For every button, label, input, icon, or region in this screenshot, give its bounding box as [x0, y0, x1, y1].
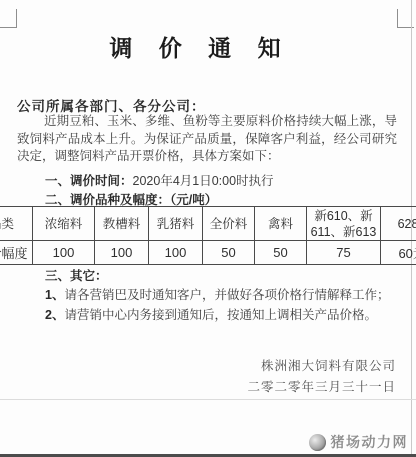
section-adjust-time-value: 2020年4月1日0:00时执行: [133, 174, 274, 188]
section-adjust-time: 一、调价时间：2020年4月1日0:00时执行: [45, 171, 274, 189]
price-table-header-cell: 新610、新611、新613: [307, 207, 381, 241]
price-table-header-cell: 教槽料: [95, 207, 149, 241]
site-logo-icon: [309, 434, 326, 451]
section-other-label: 三、其它：: [45, 266, 108, 284]
section-adjust-range-label: 二、调价品种及幅度：: [45, 193, 170, 207]
price-table-cell: 100: [95, 241, 149, 265]
signature-company: 株洲湘大饲料有限公司: [176, 356, 396, 377]
price-table-header-cell: 乳猪料: [149, 207, 203, 241]
signature-date: 二零二零年三月三十一日: [176, 377, 396, 398]
price-table-adjustment-row: 调价幅度 100 100 100 50 50 75 60元/套: [0, 241, 416, 265]
crop-mark-top-left-horizontal: [0, 27, 17, 28]
crop-mark-top-left-vertical: [16, 9, 17, 28]
intro-paragraph: 近期豆粕、玉米、多维、鱼粉等主要原料价格持续大幅上涨，导致饲料产品成本上升。为保…: [17, 113, 397, 166]
crop-mark-top-right-vertical: [397, 9, 398, 28]
price-table-cell: 50: [255, 241, 307, 265]
price-table-cell: 100: [33, 241, 95, 265]
price-table-cell: 调价幅度: [0, 241, 33, 265]
salutation-line: 公司所属各部门、各分公司：: [17, 95, 206, 115]
note-text: 请营销中心内务接到通知后，按通知上调相关产品价格。: [64, 308, 377, 322]
price-table-cell: 50: [203, 241, 255, 265]
note-item: 1、请各营销巴及时通知客户，并做好各项价格行情解释工作；: [45, 285, 389, 303]
signature-block: 株洲湘大饲料有限公司 二零二零年三月三十一日: [176, 356, 396, 397]
notice-title: 调 价 通 知: [0, 30, 400, 63]
note-text: 请各营销巴及时通知客户，并做好各项价格行情解释工作；: [64, 288, 389, 302]
price-table-cell: 60元/套: [381, 241, 416, 265]
site-watermark-text: 猪场动力网: [331, 432, 409, 452]
section-adjust-time-label: 一、调价时间：: [45, 174, 133, 188]
price-table-header-cell: 浓缩料: [33, 207, 95, 241]
page-bottom-edge-line: [0, 399, 416, 400]
section-adjust-range-unit: （元/吨）: [170, 193, 217, 207]
note-item: 2、请营销中心内务接到通知后，按通知上调相关产品价格。: [45, 305, 377, 323]
price-table-cell: 75: [307, 241, 381, 265]
price-table-cell: 100: [149, 241, 203, 265]
price-table-header-cell: 全价料: [203, 207, 255, 241]
price-notice-document: 调 价 通 知 公司所属各部门、各分公司： 近期豆粕、玉米、多维、鱼粉等主要原料…: [0, 0, 416, 457]
note-number: 1、: [45, 288, 64, 302]
price-table-header-cell: 628套餐: [381, 207, 416, 241]
price-table-header-row: 品类 浓缩料 教槽料 乳猪料 全价料 禽料 新610、新611、新613 628…: [0, 207, 416, 241]
price-table: 品类 浓缩料 教槽料 乳猪料 全价料 禽料 新610、新611、新613 628…: [0, 206, 416, 265]
site-watermark: 猪场动力网: [309, 432, 409, 452]
price-table-header-cell: 品类: [0, 207, 33, 241]
note-number: 2、: [45, 308, 64, 322]
price-table-header-cell: 禽料: [255, 207, 307, 241]
